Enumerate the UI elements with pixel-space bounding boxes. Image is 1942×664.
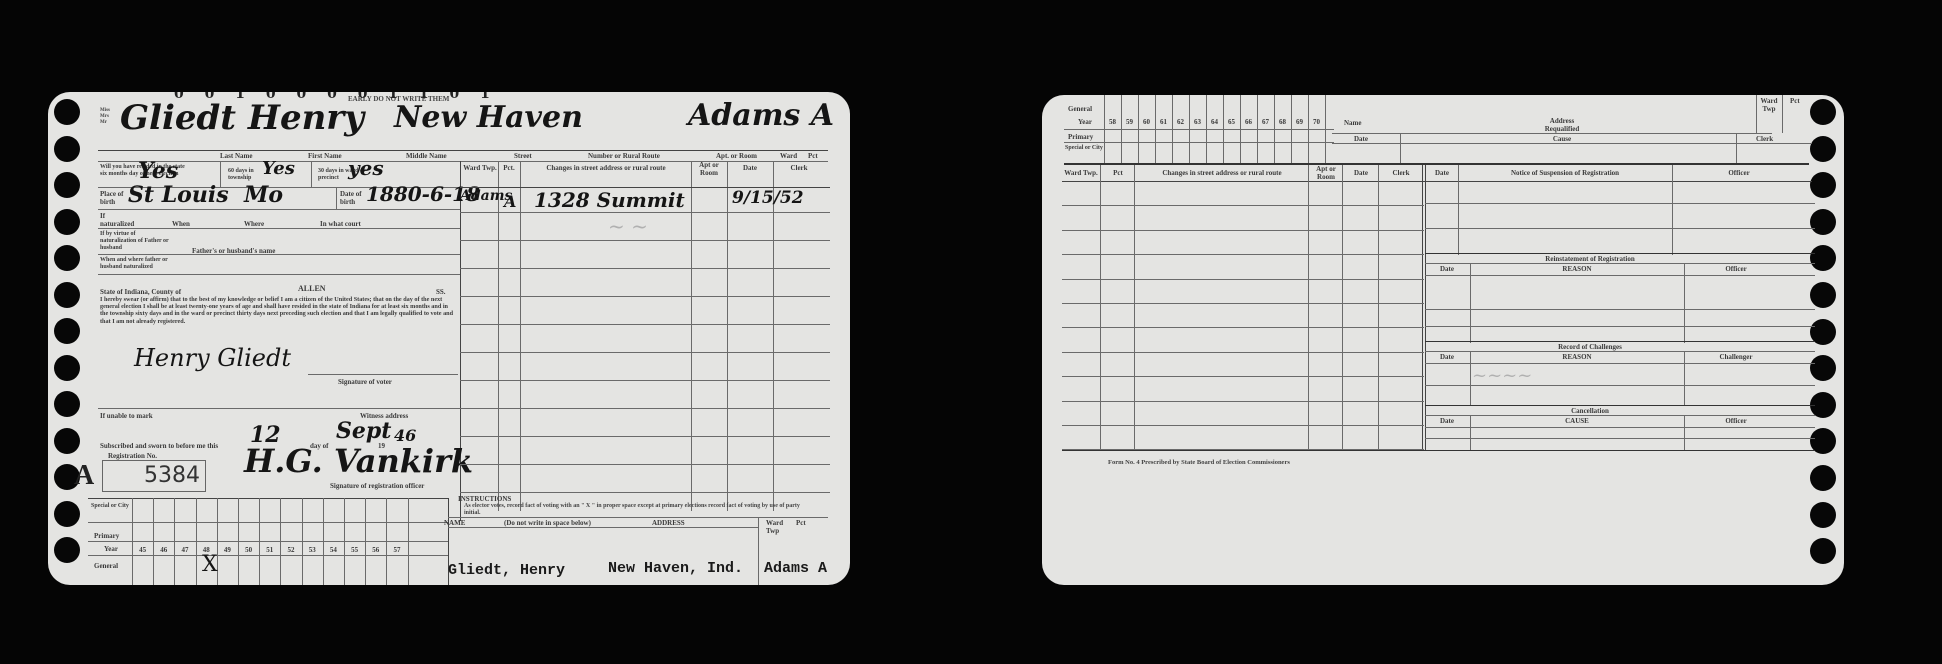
- cancellation-title: Cancellation: [1425, 407, 1755, 415]
- voter-name-handwritten: Gliedt Henry: [120, 98, 364, 138]
- divider: [311, 161, 312, 187]
- divider: [460, 352, 830, 353]
- vote-year-label: 64: [1206, 118, 1223, 126]
- table-row-line: [1062, 327, 1424, 328]
- cancellation-date-label: Date: [1426, 417, 1468, 425]
- reinstatement-reason-label: REASON: [1472, 265, 1682, 273]
- table-row-line: [1062, 230, 1424, 231]
- card-letter: A: [74, 460, 94, 492]
- last-name-label: Last Name: [220, 152, 252, 160]
- vote-year-label: 65: [1223, 118, 1240, 126]
- typed-name: Gliedt, Henry: [448, 562, 565, 579]
- typed-ward: Adams A: [764, 560, 827, 577]
- faded-bleed-text: ~ ~: [608, 214, 648, 238]
- grid-line: [344, 498, 345, 585]
- vote-year-label: 47: [174, 546, 195, 554]
- punch-hole: [1810, 209, 1836, 235]
- table-row-line: [1425, 438, 1815, 439]
- divider: [1134, 165, 1135, 450]
- ward-handwritten: Adams A: [688, 98, 834, 133]
- street-label: Street: [514, 152, 532, 160]
- divider: [460, 240, 830, 241]
- address-handwritten: New Haven: [394, 100, 583, 135]
- special-city-label: Special or City: [88, 502, 132, 510]
- divider: [98, 408, 460, 409]
- vote-year-label: 67: [1257, 118, 1274, 126]
- grid-line: [259, 498, 260, 585]
- county-value: ALLEN: [298, 285, 326, 293]
- divider: [1458, 165, 1459, 255]
- date-label: Date: [1354, 135, 1368, 143]
- grid-line: [1257, 95, 1258, 165]
- special-city-label: Special or City: [1064, 144, 1104, 152]
- divider: [98, 228, 460, 229]
- reinstatement-date-label: Date: [1426, 265, 1468, 273]
- vote-year-label: 56: [365, 546, 386, 554]
- ward-twp-col-label: Ward Twp: [766, 519, 790, 535]
- divider: [460, 296, 830, 297]
- changes-date-label: Date: [728, 164, 772, 172]
- divider: [336, 187, 337, 209]
- signature-voter-label: Signature of voter: [338, 378, 392, 386]
- changes-pct-label: Pct: [1102, 169, 1134, 177]
- challenges-challenger-label: Challenger: [1686, 353, 1786, 361]
- divider: [1672, 165, 1673, 255]
- divider: [1684, 263, 1685, 343]
- grid-line: [238, 498, 239, 585]
- address-col-label: ADDRESS: [652, 519, 685, 527]
- requalified-label: Requalified: [1512, 125, 1612, 133]
- divider: [1064, 163, 1809, 165]
- divider: [460, 324, 830, 325]
- divider: [1684, 351, 1685, 405]
- divider: [1470, 263, 1471, 343]
- registration-number: 5384: [144, 463, 200, 488]
- vote-year-label: 68: [1274, 118, 1291, 126]
- suspension-officer-label: Officer: [1674, 169, 1804, 177]
- primary-label: Primary: [1068, 133, 1093, 141]
- changes-date-label: Date: [1344, 169, 1378, 177]
- changes-clerk-label: Clerk: [1380, 169, 1422, 177]
- reinstatement-officer-label: Officer: [1686, 265, 1786, 273]
- pct-label: Pct: [1790, 97, 1800, 105]
- divider: [448, 527, 758, 528]
- divider: [1400, 133, 1401, 163]
- address-label: Address: [1512, 117, 1612, 125]
- faded-bleed-text: ~~~~: [1472, 365, 1532, 386]
- where-label: Where: [244, 220, 264, 228]
- table-row-line: [1425, 326, 1815, 327]
- divider: [1736, 133, 1737, 163]
- punch-hole: [1810, 355, 1836, 381]
- pct-label: Pct: [808, 152, 818, 160]
- general-label: General: [94, 562, 118, 570]
- punch-hole: [54, 428, 80, 454]
- pct-col-label: Pct: [796, 519, 806, 527]
- divider: [1425, 427, 1815, 428]
- cause-label: Cause: [1512, 135, 1612, 143]
- grid-line: [1274, 95, 1275, 165]
- divider: [1342, 165, 1343, 450]
- unable-mark-label: If unable to mark: [100, 412, 153, 420]
- registration-no-label: Registration No.: [108, 452, 157, 460]
- vote-year-label: 53: [302, 546, 323, 554]
- suspension-date-label: Date: [1426, 169, 1458, 177]
- table-row-line: [1062, 376, 1424, 377]
- officer-signature: H.G. Vankirk: [244, 442, 473, 480]
- divider: [1378, 165, 1379, 450]
- table-row-line: [1062, 425, 1424, 426]
- divider: [1332, 143, 1812, 144]
- changes-ward-twp-label: Ward Twp.: [462, 164, 498, 172]
- grid-line: [408, 498, 409, 585]
- grid-line: [302, 498, 303, 585]
- typed-address: New Haven, Ind.: [608, 560, 743, 577]
- grid-line: [365, 498, 366, 585]
- grid-line: [280, 498, 281, 585]
- punch-hole: [1810, 538, 1836, 564]
- divider: [88, 541, 448, 542]
- punch-hole: [1810, 99, 1836, 125]
- instructions-title: INSTRUCTIONS: [458, 495, 511, 503]
- primary-label: Primary: [94, 532, 119, 540]
- changes-apt-label: Apt or Room: [692, 161, 726, 177]
- punch-hole: [54, 172, 80, 198]
- table-row-line: [1425, 203, 1815, 204]
- subscribed-month: Sept: [336, 418, 391, 444]
- punch-hole: [54, 136, 80, 162]
- challenges-date-label: Date: [1426, 353, 1468, 361]
- punch-hole: [54, 501, 80, 527]
- divider: [520, 161, 521, 511]
- punch-hole: [54, 245, 80, 271]
- divider: [1062, 450, 1815, 451]
- grid-line: [132, 498, 133, 585]
- divider: [1332, 133, 1772, 134]
- divider: [460, 212, 830, 213]
- changes-apt-label: Apt or Room: [1310, 165, 1342, 181]
- divider: [727, 161, 728, 511]
- changes-pct-label: Pct.: [498, 164, 520, 172]
- punch-hole: [1810, 465, 1836, 491]
- grid-line: [196, 498, 197, 585]
- vote-year-label: 46: [153, 546, 174, 554]
- divider: [1100, 165, 1101, 450]
- table-row-line: [1062, 303, 1424, 304]
- punch-holes-right: [1810, 95, 1838, 585]
- vote-year-label: 62: [1172, 118, 1189, 126]
- challenges-title: Record of Challenges: [1425, 343, 1755, 351]
- vote-year-label: 52: [280, 546, 301, 554]
- table-row-line: [1062, 352, 1424, 353]
- general-vote-mark: X: [202, 552, 218, 577]
- grid-line: [1291, 95, 1292, 165]
- divider: [460, 268, 830, 269]
- divider: [1425, 275, 1815, 276]
- middle-name-label: Middle Name: [406, 152, 447, 160]
- divider: [1425, 253, 1815, 254]
- divider: [758, 517, 759, 585]
- suspension-title: Notice of Suspension of Registration: [1460, 169, 1670, 177]
- punch-hole: [1810, 136, 1836, 162]
- resided-state-value: Yes: [138, 158, 178, 184]
- grid-line: [386, 498, 387, 585]
- divider: [460, 492, 830, 493]
- divider: [1062, 181, 1812, 182]
- name-line: [98, 150, 828, 151]
- grid-line: [1138, 95, 1139, 165]
- changes-address-label: Changes in street address or rural route: [1136, 169, 1308, 177]
- ss-label: SS.: [436, 288, 446, 296]
- table-row-line: [1062, 279, 1424, 280]
- court-label: In what court: [320, 220, 361, 228]
- divider: [1782, 95, 1783, 133]
- punch-hole: [54, 318, 80, 344]
- apt-room-label: Apt. or Room: [716, 152, 757, 160]
- general-label: General: [1068, 105, 1092, 113]
- divider: [1684, 415, 1685, 450]
- table-row-line: [1425, 228, 1815, 229]
- table-row-line: [1062, 205, 1424, 206]
- ward-label: Ward: [780, 152, 797, 160]
- divider: [460, 408, 830, 409]
- table-row-line: [1062, 401, 1424, 402]
- when-label: When: [172, 220, 190, 228]
- voter-signature: Henry Gliedt: [134, 344, 291, 372]
- divider: [460, 380, 830, 381]
- divider: [1308, 165, 1309, 450]
- vote-year-label: 59: [1121, 118, 1138, 126]
- divider: [1425, 405, 1815, 406]
- divider: [1425, 351, 1815, 352]
- reinstatement-title: Reinstatement of Registration: [1425, 255, 1755, 263]
- grid-line: [1308, 95, 1309, 165]
- grid-line: [1104, 95, 1105, 165]
- divider: [1425, 263, 1815, 264]
- ward-twp-label: Ward Twp: [1756, 97, 1782, 113]
- divider: [773, 161, 774, 511]
- birth-city: St Louis: [128, 182, 229, 208]
- vote-year-label: 50: [238, 546, 259, 554]
- grid-line: [1240, 95, 1241, 165]
- year-label: Year: [104, 545, 118, 553]
- vote-year-label: 61: [1155, 118, 1172, 126]
- instructions-body: As elector votes, record fact of voting …: [464, 503, 814, 517]
- date-of-birth-label: Date of birth: [340, 190, 368, 206]
- divider: [88, 555, 448, 556]
- vote-year-label: 51: [259, 546, 280, 554]
- grid-line: [153, 498, 154, 585]
- by-virtue-label: If by virtue of naturalization of Father…: [100, 231, 170, 252]
- changes-ward-twp-label: Ward Twp.: [1062, 169, 1100, 177]
- title-prefix: Miss Mrs Mr: [100, 108, 116, 126]
- divider: [448, 517, 828, 518]
- divider: [98, 254, 460, 255]
- vote-year-label: 66: [1240, 118, 1257, 126]
- punch-holes-left: [54, 92, 82, 585]
- divider: [498, 161, 499, 511]
- registration-card-back: General Year Primary Special or City 585…: [1042, 95, 1844, 585]
- change-date: 9/15/52: [732, 188, 804, 208]
- resided-30-value: yes: [348, 156, 384, 180]
- name-col-label: NAME: [444, 519, 465, 527]
- vote-year-label: 57: [386, 546, 407, 554]
- divider: [691, 161, 692, 511]
- number-rural-route-label: Number or Rural Route: [588, 152, 660, 160]
- change-pct: A: [504, 192, 516, 211]
- grid-line: [1223, 95, 1224, 165]
- divider: [460, 464, 830, 465]
- vote-year-label: 49: [217, 546, 238, 554]
- vote-year-label: 63: [1189, 118, 1206, 126]
- punch-hole: [54, 537, 80, 563]
- grid-line: [1155, 95, 1156, 165]
- oath-text: I hereby swear (or affirm) that to the b…: [100, 296, 456, 325]
- vote-year-label: 58: [1104, 118, 1121, 126]
- punch-hole: [1810, 282, 1836, 308]
- state-county-label: State of Indiana, County of: [100, 288, 181, 296]
- table-row-line: [1062, 254, 1424, 255]
- registration-card-front: A EARLY DO NOT WRITE THEM 0 0 1 0 0 0 0 …: [48, 92, 850, 585]
- punch-hole: [54, 99, 80, 125]
- vote-year-label: 70: [1308, 118, 1325, 126]
- year-label: Year: [1078, 118, 1092, 126]
- divider: [88, 522, 448, 523]
- punch-hole: [54, 355, 80, 381]
- grid-line: [1189, 95, 1190, 165]
- do-not-write-label: (Do not write in space below): [504, 519, 591, 527]
- divider: [98, 274, 460, 275]
- vote-year-label: 45: [132, 546, 153, 554]
- form-footer: Form No. 4 Prescribed by State Board of …: [1108, 459, 1290, 467]
- birth-state: Mo: [244, 182, 283, 208]
- changes-clerk-label: Clerk: [774, 164, 824, 172]
- punch-hole: [1810, 502, 1836, 528]
- grid-line: [1172, 95, 1173, 165]
- vote-year-label: 54: [323, 546, 344, 554]
- vote-year-label: 55: [344, 546, 365, 554]
- grid-line: [1206, 95, 1207, 165]
- vote-year-label: 69: [1291, 118, 1308, 126]
- punch-hole: [54, 391, 80, 417]
- table-row-line: [1425, 309, 1815, 310]
- cancellation-cause-label: CAUSE: [1472, 417, 1682, 425]
- divider: [1425, 341, 1815, 342]
- grid-line: [1121, 95, 1122, 165]
- divider: [1422, 165, 1423, 450]
- clerk-label: Clerk: [1756, 135, 1773, 143]
- divider: [1425, 363, 1815, 364]
- changes-address-label: Changes in street address or rural route: [522, 164, 690, 172]
- signature-officer-label: Signature of registration officer: [330, 482, 424, 490]
- challenges-reason-label: REASON: [1472, 353, 1682, 361]
- grid-line: [323, 498, 324, 585]
- divider: [460, 436, 830, 437]
- naturalized-label: If naturalized: [100, 212, 140, 228]
- punch-hole: [54, 209, 80, 235]
- cancellation-officer-label: Officer: [1686, 417, 1786, 425]
- name-label: Name: [1344, 119, 1362, 127]
- divider: [1470, 351, 1471, 405]
- punch-hole: [1810, 172, 1836, 198]
- resided-60-value: Yes: [262, 158, 295, 179]
- place-of-birth-label: Place of birth: [100, 190, 130, 206]
- grid-line: [1325, 95, 1326, 165]
- when-where-father-label: When and where father or husband natural…: [100, 257, 180, 271]
- divider: [1470, 415, 1471, 450]
- divider: [1425, 415, 1815, 416]
- first-name-label: First Name: [308, 152, 342, 160]
- punch-hole: [1810, 245, 1836, 271]
- grid-line: [174, 498, 175, 585]
- divider: [98, 209, 460, 210]
- change-address: 1328 Summit: [534, 188, 685, 212]
- subscribed-label: Subscribed and sworn to before me this: [100, 442, 218, 450]
- vote-year-label: 60: [1138, 118, 1155, 126]
- divider: [88, 498, 448, 499]
- punch-hole: [54, 282, 80, 308]
- signature-line: [308, 374, 458, 375]
